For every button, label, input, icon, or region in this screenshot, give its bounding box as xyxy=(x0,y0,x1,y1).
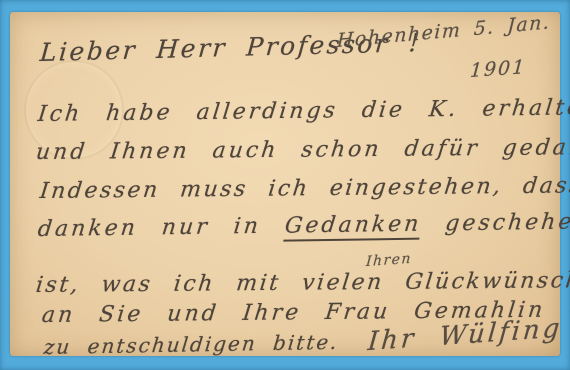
postcard-photo: Lieber Herr Professor ! Hohenheim 5. Jan… xyxy=(0,0,570,370)
handwriting-line-3: Indessen muss ich eingestehen, dass dies… xyxy=(39,172,570,204)
line-4-text: danken nur in xyxy=(37,214,287,242)
line-5-text: ist, was ich mit vielen xyxy=(35,270,407,298)
inserted-word-above-line: Ihren xyxy=(365,251,412,270)
underlined-word: Gedanken xyxy=(283,212,423,242)
line-4-text-end: geschehen — xyxy=(420,209,570,237)
postcard-paper: Lieber Herr Professor ! Hohenheim 5. Jan… xyxy=(10,12,560,356)
dateline-year: 1901 xyxy=(469,56,527,82)
dateline-place-date: Hohenheim 5. Jan. xyxy=(336,11,551,52)
handwriting-line-4: danken nur in Gedanken geschehen — xyxy=(37,209,570,242)
closing-line: zu entschuldigen bitte. xyxy=(43,330,340,359)
handwriting-line-2: und Ihnen auch schon dafür gedankt. xyxy=(35,135,570,165)
line-5-text-end: Glückwünschen — xyxy=(404,268,570,295)
handwriting-line-5: ist, was ich mit vielen Glückwünschen — xyxy=(35,268,570,298)
